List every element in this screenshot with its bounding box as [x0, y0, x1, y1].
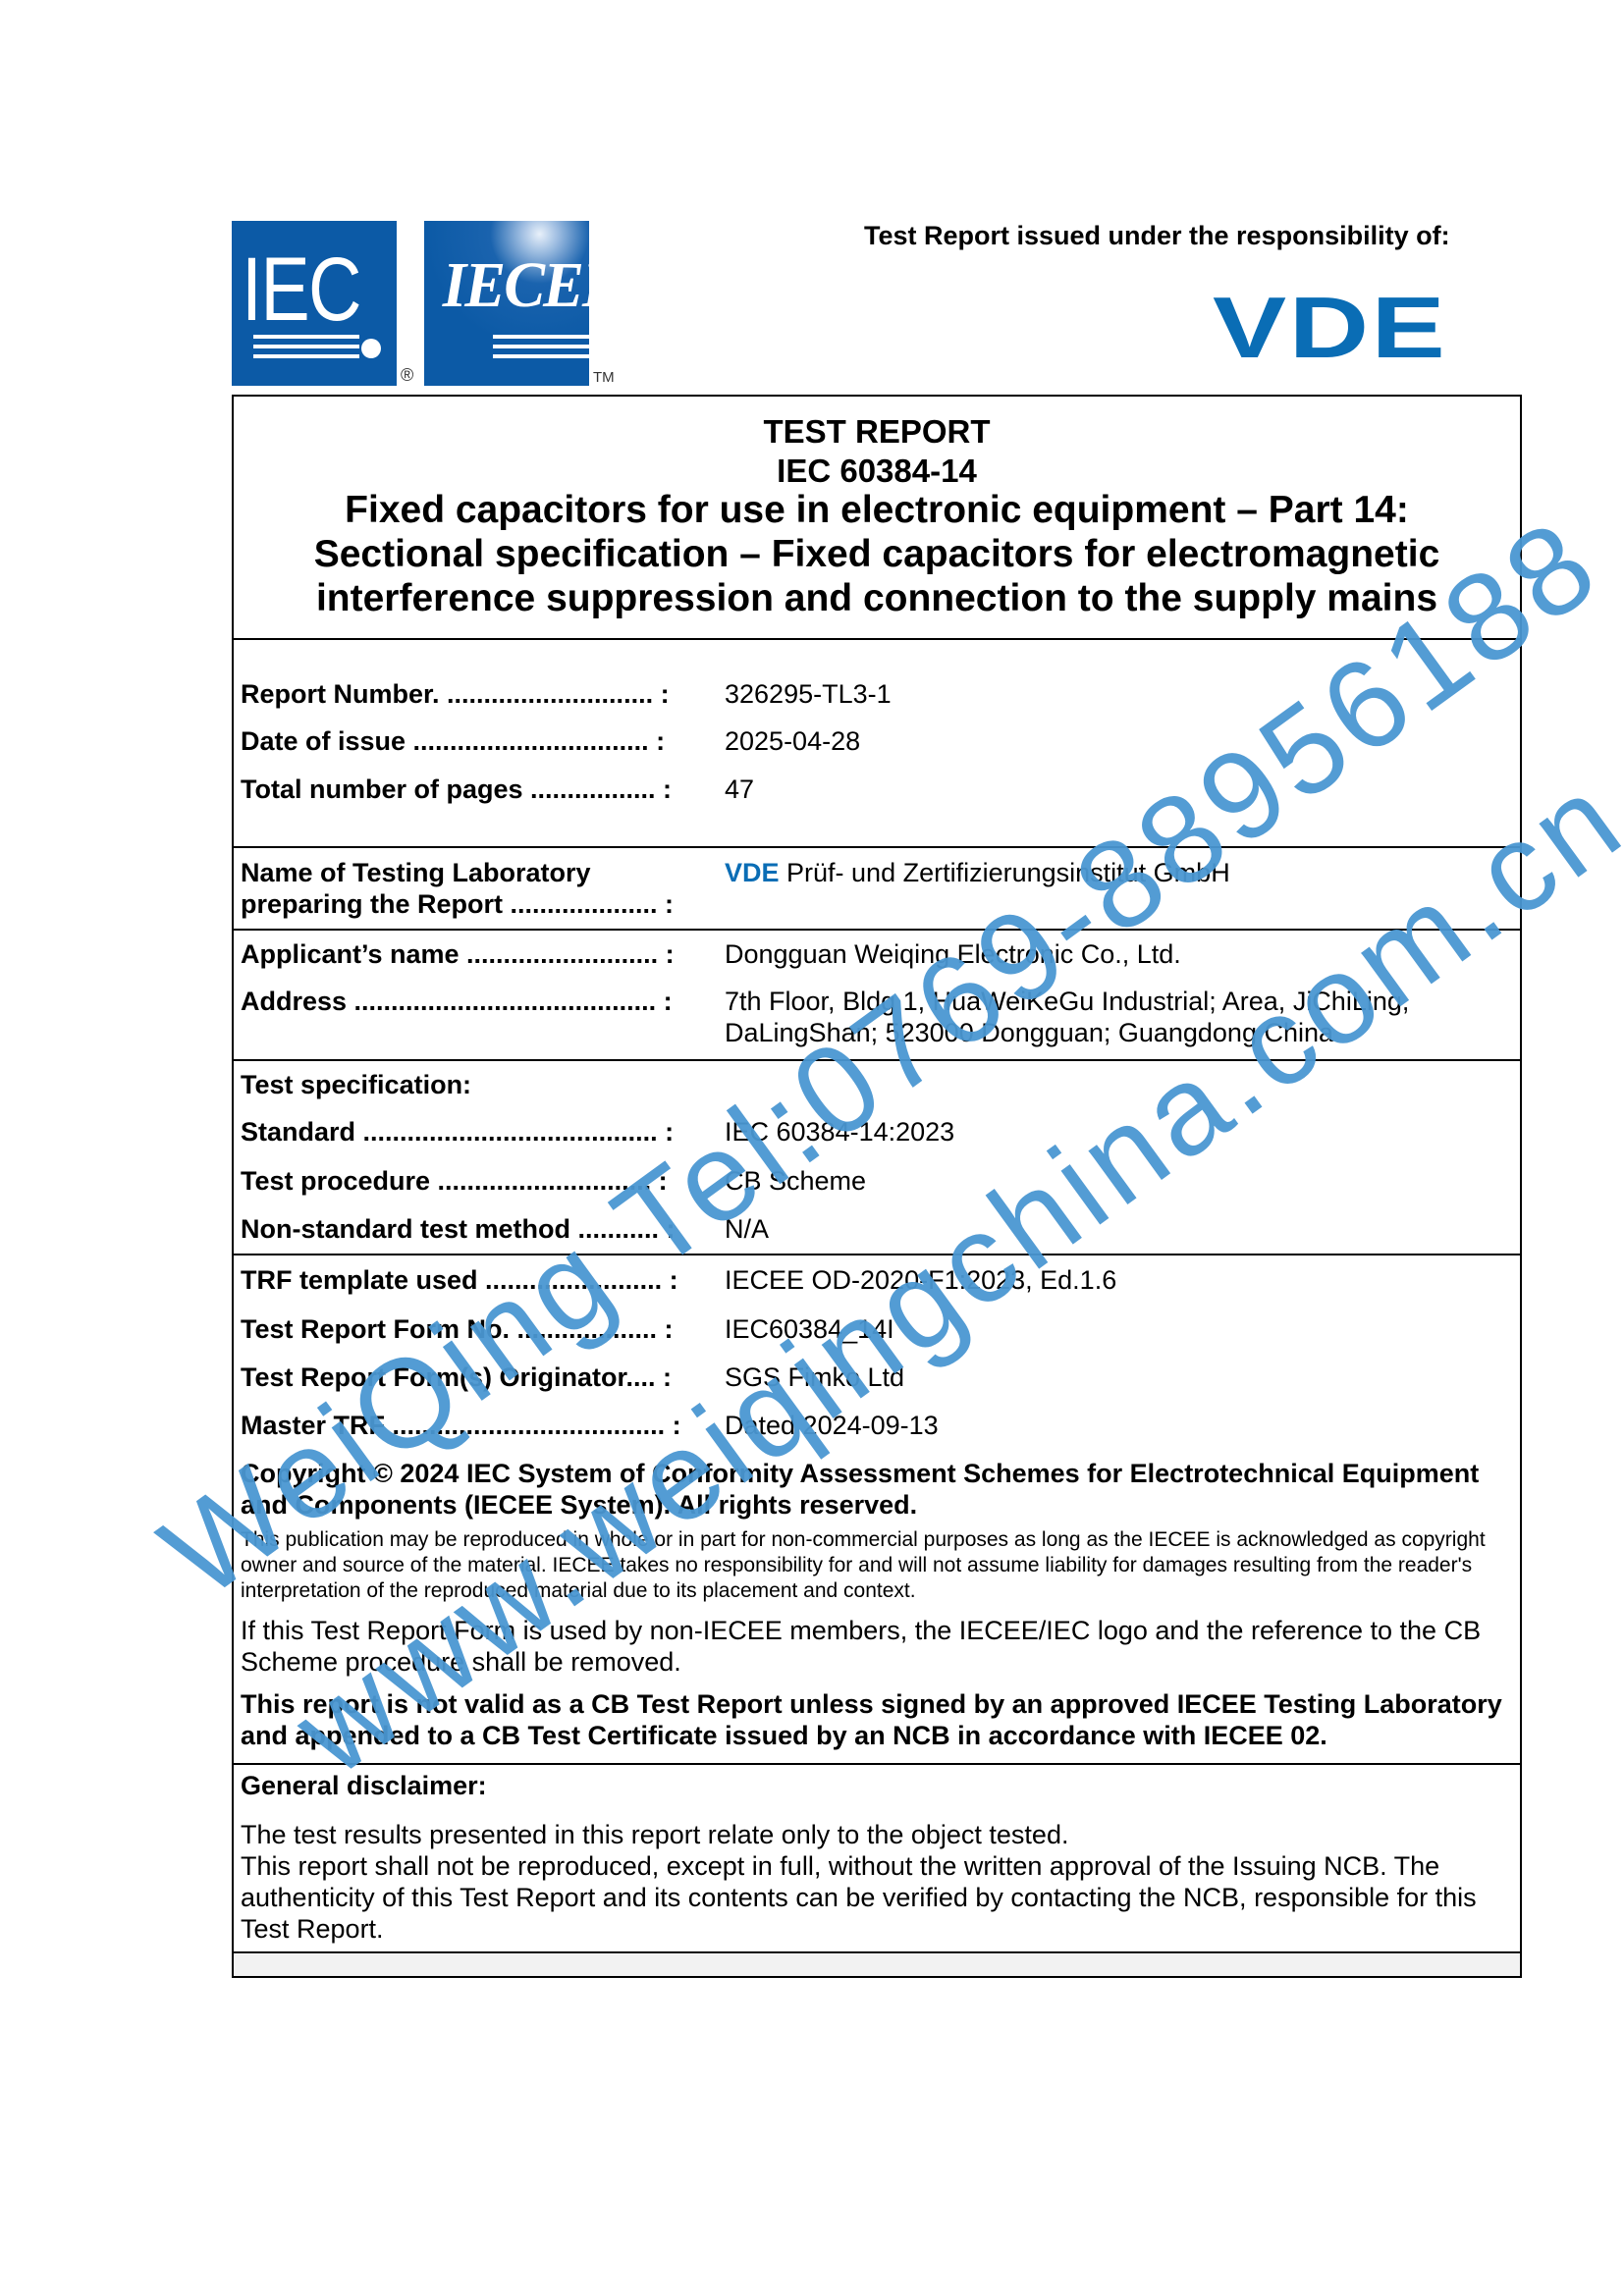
- report-number-value: 326295-TL3-1: [725, 679, 892, 710]
- disclaimer-heading: General disclaimer:: [241, 1771, 487, 1801]
- iecee-logo: IECEE: [424, 221, 589, 386]
- total-pages-label: Total number of pages ................. …: [241, 774, 672, 805]
- trf-form-no-label: Test Report Form No. ...................…: [241, 1314, 674, 1345]
- laboratory-name: Prüf- und Zertifizierungsinstitut GmbH: [780, 858, 1230, 887]
- validity-notice: This report is not valid as a CB Test Re…: [241, 1688, 1507, 1751]
- logo-line: [253, 335, 359, 339]
- vde-prefix: VDE: [725, 858, 780, 887]
- trf-form-no-value: IEC60384_14I: [725, 1314, 894, 1345]
- divider: [232, 846, 1522, 848]
- reproduction-notice: This publication may be reproduced in wh…: [241, 1527, 1507, 1604]
- logo-line: [253, 345, 359, 348]
- laboratory-label-line2: preparing the Report ...................…: [241, 889, 674, 920]
- divider: [232, 1951, 1522, 1953]
- iec-logo: IEC: [232, 221, 397, 386]
- divider: [232, 638, 1522, 640]
- logo-line: [493, 345, 589, 348]
- test-specification-heading: Test specification:: [241, 1070, 471, 1100]
- test-procedure-value: CB Scheme: [725, 1166, 866, 1197]
- divider: [232, 1254, 1522, 1255]
- address-line1: 7th Floor, Bldg 1, HuaWeiKeGu Industrial…: [725, 987, 1409, 1017]
- laboratory-value: VDE Prüf- und Zertifizierungsinstitut Gm…: [725, 858, 1230, 888]
- vde-logo: VDE: [1213, 285, 1447, 371]
- logo-line: [493, 354, 589, 358]
- total-pages-value: 47: [725, 774, 754, 805]
- trademark-mark: TM: [593, 369, 615, 386]
- iec-logo-text: IEC: [242, 239, 360, 342]
- address-line2: DaLingShan; 523000 Dongguan; Guangdong C…: [725, 1018, 1333, 1048]
- standard-label: Standard ...............................…: [241, 1117, 674, 1148]
- divider: [232, 1763, 1522, 1765]
- standard-title: IEC 60384-14: [232, 453, 1522, 490]
- address-label: Address ................................…: [241, 987, 673, 1017]
- test-procedure-label: Test procedure .........................…: [241, 1166, 668, 1197]
- trf-originator-label: Test Report Form(s) Originator.... :: [241, 1362, 672, 1393]
- applicant-name-value: Dongguan Weiqing Electronic Co., Ltd.: [725, 939, 1181, 970]
- trf-template-value: IECEE OD-2020-F1:2023, Ed.1.6: [725, 1265, 1116, 1296]
- empty-footer-row: [234, 1954, 1520, 1976]
- non-standard-value: N/A: [725, 1214, 769, 1245]
- master-trf-value: Dated 2024-09-13: [725, 1411, 939, 1441]
- logo-line: [493, 335, 589, 339]
- divider: [232, 929, 1522, 931]
- applicant-name-label: Applicant’s name .......................…: [241, 939, 675, 970]
- master-trf-label: Master TRF .............................…: [241, 1411, 681, 1441]
- non-standard-label: Non-standard test method ........... :: [241, 1214, 676, 1245]
- responsibility-text: Test Report issued under the responsibil…: [864, 221, 1450, 251]
- registered-mark: ®: [401, 365, 413, 386]
- laboratory-label-line1: Name of Testing Laboratory: [241, 858, 591, 888]
- report-number-label: Report Number. .........................…: [241, 679, 670, 710]
- logo-dot: [361, 339, 381, 358]
- divider: [232, 1059, 1522, 1061]
- copyright-notice: Copyright © 2024 IEC System of Conformit…: [241, 1458, 1507, 1521]
- standard-value: IEC 60384-14:2023: [725, 1117, 954, 1148]
- trf-originator-value: SGS Fimko Ltd: [725, 1362, 904, 1393]
- trf-template-label: TRF template used ......................…: [241, 1265, 678, 1296]
- standard-description: Fixed capacitors for use in electronic e…: [257, 488, 1496, 620]
- disclaimer-line1: The test results presented in this repor…: [241, 1819, 1507, 1850]
- logo-line: [253, 354, 359, 358]
- iecee-logo-text: IECEE: [443, 248, 589, 323]
- disclaimer-line2: This report shall not be reproduced, exc…: [241, 1850, 1507, 1945]
- usage-notice: If this Test Report Form is used by non-…: [241, 1615, 1507, 1678]
- document-type: TEST REPORT: [232, 413, 1522, 451]
- date-of-issue-label: Date of issue ..........................…: [241, 726, 665, 757]
- date-of-issue-value: 2025-04-28: [725, 726, 860, 757]
